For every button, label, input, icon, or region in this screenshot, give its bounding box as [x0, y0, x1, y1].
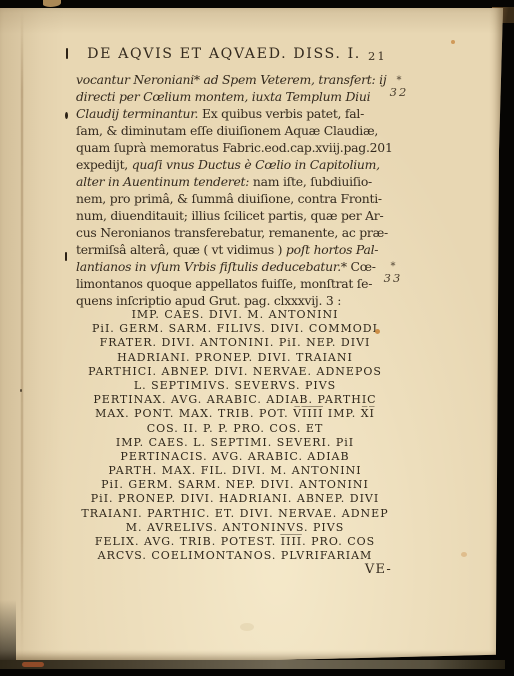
- inscription-line: PiI. GERM. SARM. NEP. DIVI. ANTONINI: [70, 478, 400, 492]
- roman-text-segment: ſam, & diminutam eſſe diuiſionem Aquæ Cl…: [76, 123, 378, 138]
- ink-speck: [66, 48, 68, 59]
- inscription-line: IMP. CAES. L. SEPTIMI. SEVERI. PiI: [70, 436, 400, 450]
- catchword: VE-: [300, 562, 392, 577]
- text-line: Claudij terminantur. Ex quibus verbis pa…: [76, 105, 398, 122]
- inscription-line: PERTINAX. AVG. ARABIC. ADIAB. PARTHIC: [70, 393, 400, 407]
- inscription-line: L. SEPTIMIVS. SEVERVS. PIVS: [70, 379, 400, 393]
- roman-text-segment: quam ſuprà memoratus Fabric.eod.cap.xvii…: [76, 140, 393, 155]
- book-board-edge: [0, 660, 505, 669]
- inscription-block: IMP. CAES. DIVI. M. ANTONINIPiI. GERM. S…: [70, 308, 400, 563]
- roman-text-segment: limontanos quoque appellatos fuiſſe, mon…: [76, 276, 372, 291]
- italic-text-segment: Claudij terminantur.: [76, 106, 202, 121]
- text-line: quam ſuprà memoratus Fabric.eod.cap.xvii…: [76, 139, 398, 156]
- text-line: ſam, & diminutam eſſe diuiſionem Aquæ Cl…: [76, 122, 398, 139]
- inscription-line: HADRIANI. PRONEP. DIVI. TRAIANI: [70, 351, 400, 365]
- inscription-line: MAX. PONT. MAX. TRIB. POT. V̅I̅I̅I̅I̅ IM…: [70, 407, 400, 421]
- book-page: DE AQVIS ET AQVAED. DISS. I. 21 vocantur…: [0, 8, 503, 660]
- inscription-line: FELIX. AVG. TRIB. POTEST. I̅I̅I̅I̅. PRO.…: [70, 535, 400, 549]
- italic-text-segment: alter in Auentinum tenderet:: [76, 174, 253, 189]
- inscription-line: PARTHICI. ABNEP. DIVI. NERVAE. ADNEPOS: [70, 365, 400, 379]
- inscription-line: M. AVRELIVS. ANTONINVS. PIVS: [70, 521, 400, 535]
- roman-text-segment: termiſsâ alterâ, quæ ( vt vidimus ): [76, 242, 286, 257]
- page-number: 21: [368, 49, 387, 63]
- italic-text-segment: directi per Cœlium montem, iuxta Templum…: [76, 89, 370, 104]
- running-header: DE AQVIS ET AQVAED. DISS. I.: [74, 46, 374, 62]
- foxing-spot: [461, 552, 467, 557]
- text-line: vocantur Neroniani* ad Spem Veterem, tra…: [76, 71, 398, 88]
- roman-text-segment: num, diuenditauit; illius ſcilicet parti…: [76, 208, 383, 223]
- gutter-crease: [21, 12, 23, 658]
- roman-text-segment: Cœ-: [351, 259, 376, 274]
- inscription-line: IMP. CAES. DIVI. M. ANTONINI: [70, 308, 400, 322]
- inscription-line: PiI. PRONEP. DIVI. HADRIANI. ABNEP. DIVI: [70, 492, 400, 506]
- body-text: vocantur Neroniani* ad Spem Veterem, tra…: [76, 71, 398, 309]
- board-fleck: [22, 662, 44, 667]
- text-line: directi per Cœlium montem, iuxta Templum…: [76, 88, 398, 105]
- inscription-line: COS. II. P. P. PRO. COS. ET: [70, 422, 400, 436]
- inscription-line: PERTINACIS. AVG. ARABIC. ADIAB: [70, 450, 400, 464]
- page-curl-mark: [43, 0, 61, 7]
- roman-text-segment: expedijt,: [76, 157, 132, 172]
- roman-text-segment: nam iſte, ſubdiuiſio-: [253, 174, 372, 189]
- margin-note-number: 33: [382, 272, 404, 285]
- italic-text-segment: vocantur Neroniani* ad Spem Veterem, tra…: [76, 72, 386, 87]
- italic-text-segment: lantianos in vſum Vrbis fiſtulis deduceb…: [76, 259, 351, 274]
- inscription-line: PARTH. MAX. FIL. DIVI. M. ANTONINI: [70, 464, 400, 478]
- roman-text-segment: nem, pro primâ, & ſummâ diuiſione, contr…: [76, 191, 382, 206]
- inscription-line: TRAIANI. PARTHIC. ET. DIVI. NERVAE. ADNE…: [70, 507, 400, 521]
- text-line: lantianos in vſum Vrbis fiſtulis deduceb…: [76, 258, 398, 275]
- foxing-spot: [240, 623, 254, 631]
- inscription-line: PiI. GERM. SARM. FILIVS. DIVI. COMMODI: [70, 322, 400, 336]
- italic-text-segment: quaſi vnus Ductus è Cœlio in Capitolium,: [132, 157, 380, 172]
- foxing-spot: [375, 329, 380, 334]
- ink-speck: [65, 252, 67, 261]
- book-photo: DE AQVIS ET AQVAED. DISS. I. 21 vocantur…: [0, 0, 514, 676]
- text-line: nem, pro primâ, & ſummâ diuiſione, contr…: [76, 190, 398, 207]
- margin-note-32: * 32: [388, 76, 410, 99]
- margin-note-33: * 33: [382, 262, 404, 285]
- roman-text-segment: Ex quibus verbis patet, fal-: [202, 106, 364, 121]
- ink-speck: [65, 112, 68, 119]
- italic-text-segment: poſt hortos Pal-: [286, 242, 378, 257]
- roman-text-segment: cus Neronianos transferebatur, remanente…: [76, 225, 388, 240]
- foxing-spot: [451, 40, 455, 44]
- ink-speck: [20, 389, 22, 392]
- inscription-line: FRATER. DIVI. ANTONINI. PiI. NEP. DIVI: [70, 336, 400, 350]
- text-line: quens inſcriptio apud Grut. pag. clxxxvi…: [76, 292, 398, 309]
- text-line: limontanos quoque appellatos fuiſſe, mon…: [76, 275, 398, 292]
- text-line: termiſsâ alterâ, quæ ( vt vidimus ) poſt…: [76, 241, 398, 258]
- text-line: cus Neronianos transferebatur, remanente…: [76, 224, 398, 241]
- text-line: expedijt, quaſi vnus Ductus è Cœlio in C…: [76, 156, 398, 173]
- margin-note-number: 32: [388, 86, 410, 99]
- text-line: num, diuenditauit; illius ſcilicet parti…: [76, 207, 398, 224]
- text-line: alter in Auentinum tenderet: nam iſte, ſ…: [76, 173, 398, 190]
- roman-text-segment: quens inſcriptio apud Grut. pag. clxxxvi…: [76, 293, 341, 308]
